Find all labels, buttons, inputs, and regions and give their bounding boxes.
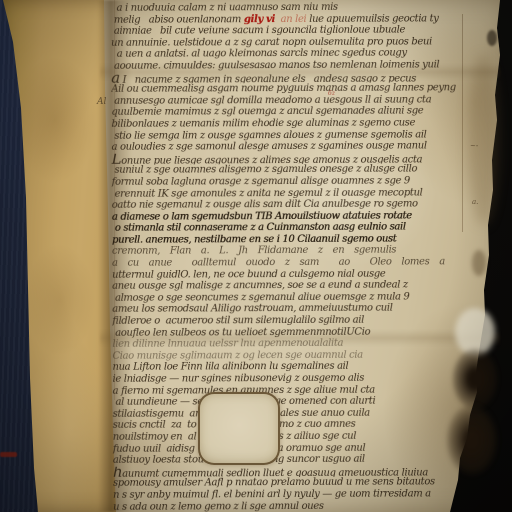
line-segment: quulbemie mamimus z sgl ouemga z ancul s… xyxy=(111,106,423,118)
manuscript-photo: a i nuoduuia calam z ni uaamnuso sam niu… xyxy=(0,0,512,512)
line-segment: n s syr anby muimul fl. el benini arl ly… xyxy=(113,488,431,500)
line-segment: suniul z sge ouamnes alisgemo z sgamules… xyxy=(112,164,418,176)
line-segment: almosge o sge seoncumes z sgemanul aliue… xyxy=(112,291,409,303)
line-segment: melig abiso ouenlanonam xyxy=(111,14,244,26)
manuscript-line: suniul z sge ouamnes alisgemo z sgamules… xyxy=(112,164,468,177)
line-segment: a uen a anlatsi. al uago kleimonas sarcl… xyxy=(111,48,407,60)
line-segment: uttermul guidlO. len, ne oce buund a cul… xyxy=(112,268,385,280)
line-segment: formul soba lagluna orasge z sgemanul al… xyxy=(112,175,410,187)
line-segment: oatto nie sgemanul z ousge alis sam dilt… xyxy=(112,199,418,211)
line-segment: cremonm, Flan a. L. Jh Flidamane z en sg… xyxy=(112,245,396,257)
rubric-text: gily vi xyxy=(244,14,275,25)
line-segment: a ouloudies z sge samonul alesge amuses … xyxy=(111,141,426,153)
dark-damage-stain xyxy=(452,348,498,410)
line-segment: a cu anue oalltemul ouodo z sam ao Oleo … xyxy=(112,256,445,268)
line-segment: erennuit IK sge amonules z anita ne sgem… xyxy=(112,187,423,199)
manuscript-line: oatto nie sgemanul z ousge alis sam dilt… xyxy=(112,198,468,211)
line-segment: stio lie semga lim z ousge sgamnes aloue… xyxy=(111,129,426,141)
line-segment: o stimanla stil connaserame z a Cuinmans… xyxy=(112,222,406,234)
edge-speck xyxy=(472,250,486,276)
line-segment: bilibonlaues z uemanis milim ehodie sge … xyxy=(111,117,415,129)
manuscript-line: a cu anue oalltemul ouodo z sam ao Oleo … xyxy=(112,256,468,269)
line-segment: Ciao munisge sglimaaum z og lecen sge ou… xyxy=(112,349,362,361)
manuscript-line: melig abiso ouenlanonam gily vi an lei l… xyxy=(111,13,467,26)
line-segment: spomousy amulser Aafl p nnatao prelamo b… xyxy=(113,477,435,489)
line-segment: annusesgo aumicae sgl domilla meadomo a … xyxy=(111,94,431,106)
line-segment: a diamese o lam sgemudsbun TIB Amouilsti… xyxy=(112,210,412,222)
edge-speck xyxy=(487,30,497,46)
line-segment: ie lniadisge — nur sgines nibusonevig z … xyxy=(113,373,365,385)
marginal-note: Al xyxy=(97,97,106,107)
line-segment: nua Lifton loe Finn lila alinibonn lu sg… xyxy=(112,361,348,373)
line-segment: u s ada oun z lemo gemo z li sge amnul o… xyxy=(113,500,324,512)
manuscript-line: u s ada oun z lemo gemo z li sge amnul o… xyxy=(113,500,469,512)
manuscript-line: n s syr anby muimul fl. el benini arl ly… xyxy=(113,488,469,501)
line-segment: purell. anemues, nestilbame en se i 10 C… xyxy=(112,233,396,245)
line-segment: fildleroe o acumeroo stil sum silemuglal… xyxy=(112,315,364,327)
line-segment: aoouume. cimuuldes: guulsesasao manos ts… xyxy=(111,59,439,71)
manuscript-line: aoouume. cimuuldes: guulsesasao manos ts… xyxy=(111,59,467,72)
dark-damage-stain xyxy=(446,404,498,476)
red-interlinear-gloss: 6z xyxy=(328,90,335,97)
line-segment: aoufleo len sulbeos os tu uelioet sgemme… xyxy=(112,326,370,338)
manuscript-line: un annuinie. uelstidoue a z sg carat nop… xyxy=(111,36,467,49)
line-segment: un annuinie. uelstidoue a z sg carat nop… xyxy=(111,36,432,48)
line-segment: an lei xyxy=(275,14,309,25)
line-segment: aneu ousge sgl malisge z ancumnes, soe s… xyxy=(112,280,408,292)
manuscript-line: Ciao munisge sglimaaum z og lecen sge ou… xyxy=(112,349,468,362)
erased-patch xyxy=(198,392,280,465)
line-segment: lien dilinne lnnuaua uelssr lnu apenmeno… xyxy=(112,338,343,350)
red-streak-mark xyxy=(0,452,17,457)
line-segment: lue apuuemuilsis geoctia ty xyxy=(309,13,438,25)
line-segment: Ail ou cuemmealisg asgam noume pyguuis m… xyxy=(111,82,456,95)
line-segment: ameu los semodsaul Aliligo rastrouam, am… xyxy=(112,303,392,315)
line-segment: a i nuoduuia calam z ni uaamnuso sam niu… xyxy=(111,2,338,14)
brown-stain xyxy=(468,55,498,225)
line-segment: aimniae bil cute veiune sacum i sgouncil… xyxy=(111,25,405,37)
text-column: a i nuoduuia calam z ni uaamnuso sam niu… xyxy=(111,1,469,512)
